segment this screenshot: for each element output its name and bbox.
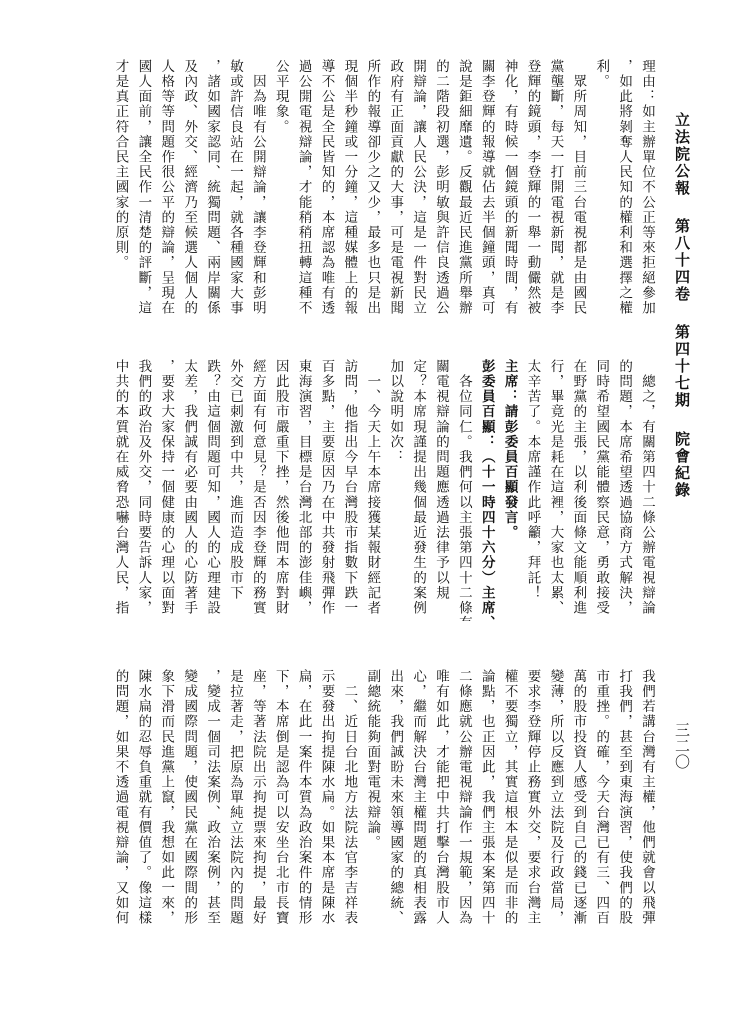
text-column: 人格等等問題作很公平的辯論，呈現在 bbox=[154, 59, 177, 321]
text-column: 市重挫。的確，今天台灣已有三、四百 bbox=[589, 669, 612, 931]
text-column: 關李登輝的報導就佔去半個鐘頭，真可 bbox=[475, 59, 498, 321]
text-column: 心，繼而解決台灣主權問題的真相表露 bbox=[406, 669, 429, 931]
text-band-top: 理由：如主辦單位不公正等來拒絕參加 ，如此將剝奪人民知的權利和選擇之權 利。 眾… bbox=[86, 59, 658, 321]
text-column: 同時希望國民黨能體察民意，勇敢接受 bbox=[589, 359, 612, 621]
text-column: 的問題，本席希望透過協商方式解決， bbox=[612, 359, 635, 621]
running-header: 立法院公報 第八十四卷 第四十七期 院會紀錄 bbox=[674, 112, 690, 513]
text-column: 唯有如此，才能把中共打擊台灣股市人 bbox=[429, 669, 452, 931]
text-column: 才是真正符合民主國家的原則。 bbox=[109, 59, 132, 321]
text-column: 我們若講台灣有主權，他們就會以飛彈 bbox=[635, 669, 658, 931]
text-column: 副總統能夠面對電視辯論。 bbox=[360, 669, 383, 931]
text-column: 定？本席現謹提出幾個最近發生的案例 bbox=[406, 359, 429, 621]
text-column: 導不公是全民皆知的，本席認為唯有透 bbox=[315, 59, 338, 321]
publication-title: 立法院公報 bbox=[674, 112, 690, 197]
text-column: 二、近日台北地方法院法官李吉祥表 bbox=[338, 669, 361, 931]
text-column: 開辯論，讓人民公決，這是一件對民立 bbox=[406, 59, 429, 321]
text-column: 象下滑而民進黨上竄，我想如此一來， bbox=[154, 669, 177, 931]
text-column: 東海演習，目標是台灣北部的澎佳嶼， bbox=[292, 359, 315, 621]
text-column: 眾所周知，目前三台電視都是由國民 bbox=[566, 59, 589, 321]
text-column: 變薄，所以反應到立法院及行政當局， bbox=[544, 669, 567, 931]
text-column: 因為唯有公開辯論，讓李登輝和彭明 bbox=[246, 59, 269, 321]
text-column: 變成國際問題，使國民黨在國際間的形 bbox=[177, 669, 200, 931]
text-column: ，要求大家保持一個健康的心理以面對 bbox=[154, 359, 177, 621]
text-column: 的二階段初選，彭明敏與許信良透過公 bbox=[429, 59, 452, 321]
text-column: 現個半秒鐘或一分鐘，這種媒體上的報 bbox=[338, 59, 361, 321]
text-column: 神化，有時候一個鏡頭的新聞時間，有 bbox=[498, 59, 521, 321]
text-column: 太辛苦了。本席謹作此呼籲，拜託！ bbox=[521, 359, 544, 621]
text-column: 論點，也正因此，我們主張本案第四十 bbox=[475, 669, 498, 931]
text-column: 權不要獨立，其實這根本是似是而非的 bbox=[498, 669, 521, 931]
text-column: 座，等著法院出示拘提票來拘提，最好 bbox=[246, 669, 269, 931]
text-column: 要求李登輝停止務實外交，要求台灣主 bbox=[521, 669, 544, 931]
text-column: 出來，我們誠盼未來領導國家的總統、 bbox=[383, 669, 406, 931]
text-column: ，諸如國家認同、統獨問題、兩岸關係 bbox=[200, 59, 223, 321]
text-column: 的問題，如果不透過電視辯論，又如何 bbox=[109, 669, 132, 931]
issue-label: 第四十七期 bbox=[674, 324, 690, 409]
text-column: 因此股市嚴重下挫，然後他問本席對財 bbox=[269, 359, 292, 621]
volume-label: 第八十四卷 bbox=[674, 218, 690, 303]
text-column: 一、今天上午本席接獲某報財經記者 bbox=[360, 359, 383, 621]
text-column: 打我們，甚至到東海演習，使我們的股 bbox=[612, 669, 635, 931]
text-column: 登輝的鏡頭，李登輝的一舉一動儼然被 bbox=[521, 59, 544, 321]
speaker-line-chair: 主席：請彭委員百顯發言。 bbox=[498, 359, 521, 621]
text-column: 國人面前，讓全民作一清楚的評斷，這 bbox=[132, 59, 155, 321]
text-column: 我們的政治及外交，同時要告訴人家， bbox=[132, 359, 155, 621]
text-column: 利。 bbox=[589, 59, 612, 321]
text-column: 及內政、外交、經濟乃至候選人個人的 bbox=[177, 59, 200, 321]
text-column: 陳水扁的忍辱負重就有價值了。像這樣 bbox=[132, 669, 155, 931]
text-column: 二條應就公辦電視辯論作一規範，因為 bbox=[452, 669, 475, 931]
text-column: 外交已刺激到中共，進而造成股市下 bbox=[223, 359, 246, 621]
text-column: 中共的本質就在威脅恐嚇台灣人民，指 bbox=[109, 359, 132, 621]
speaker-line-legislator: 彭委員百顯：（十一時四十六分）主席、 bbox=[475, 359, 498, 621]
text-column: 萬的股市投資人感受到自己的錢已逐漸 bbox=[566, 669, 589, 931]
column-group: 我們若講台灣有主權，他們就會以飛彈 打我們，甚至到東海演習，使我們的股 市重挫。… bbox=[109, 669, 658, 931]
gazette-page: 立法院公報 第八十四卷 第四十七期 院會紀錄 三二〇 理由：如主辦單位不公正等來… bbox=[0, 0, 744, 1024]
column-group: 理由：如主辦單位不公正等來拒絕參加 ，如此將剝奪人民知的權利和選擇之權 利。 眾… bbox=[109, 59, 658, 321]
text-column: 所作的報導卻少之又少，最多也只是出 bbox=[360, 59, 383, 321]
section-label: 院會紀錄 bbox=[674, 431, 690, 499]
text-column: 加以說明如次： bbox=[383, 359, 406, 621]
page-number: 三二〇 bbox=[674, 722, 690, 770]
text-column: 理由：如主辦單位不公正等來拒絕參加 bbox=[635, 59, 658, 321]
text-column: 敏或許信良站在一起，就各種國家大事 bbox=[223, 59, 246, 321]
text-column: 總之，有關第四十二條公辦電視辯論 bbox=[635, 359, 658, 621]
text-column: 政府有正面貢獻的大事，可是電視新聞 bbox=[383, 59, 406, 321]
text-band-bottom: 我們若講台灣有主權，他們就會以飛彈 打我們，甚至到東海演習，使我們的股 市重挫。… bbox=[86, 669, 658, 931]
text-column: 關電視辯論的問題應透過法律予以規 bbox=[429, 359, 452, 621]
text-column: ，變成一個司法案例、政治案例，甚至 bbox=[200, 669, 223, 931]
text-column: 黨壟斷，每天一打開電視新聞，就是李 bbox=[544, 59, 567, 321]
text-column: 在野黨的主張，以利後面條文能順利進 bbox=[566, 359, 589, 621]
text-column: 各位同仁。我們何以主張第四十二條有 bbox=[452, 359, 475, 621]
column-group: 總之，有關第四十二條公辦電視辯論 的問題，本席希望透過協商方式解決， 同時希望國… bbox=[109, 359, 658, 621]
text-column: 太差，我們誠有必要由國人的心防著手 bbox=[177, 359, 200, 621]
text-band-middle: 總之，有關第四十二條公辦電視辯論 的問題，本席希望透過協商方式解決， 同時希望國… bbox=[86, 359, 658, 621]
text-column: 百多點，主要原因乃在中共發射飛彈作 bbox=[315, 359, 338, 621]
text-column: 跌？由這個問題可知，國人的心理建設 bbox=[200, 359, 223, 621]
text-column: 經方面有何意見？是否因李登輝的務實 bbox=[246, 359, 269, 621]
text-column: 扁，在此一案件本質為政治案件的情形 bbox=[292, 669, 315, 931]
text-column: 過公開電視辯論，才能稍稍扭轉這種不 bbox=[292, 59, 315, 321]
text-column: 是拉著走，把原為單純立法院內的問題 bbox=[223, 669, 246, 931]
text-column: ，如此將剝奪人民知的權利和選擇之權 bbox=[612, 59, 635, 321]
text-column: 公平現象。 bbox=[269, 59, 292, 321]
text-column: 說是鉅細靡遺。反觀最近民進黨所舉辦 bbox=[452, 59, 475, 321]
text-column: 下，本席倒是認為可以安坐台北市長寶 bbox=[269, 669, 292, 931]
text-column: 行，畢竟光是耗在這裡，大家也太累、 bbox=[544, 359, 567, 621]
text-column: 示要發出拘提陳水扁。如果本席是陳水 bbox=[315, 669, 338, 931]
text-column: 訪問，他指出今早台灣股市指數下跌一 bbox=[338, 359, 361, 621]
